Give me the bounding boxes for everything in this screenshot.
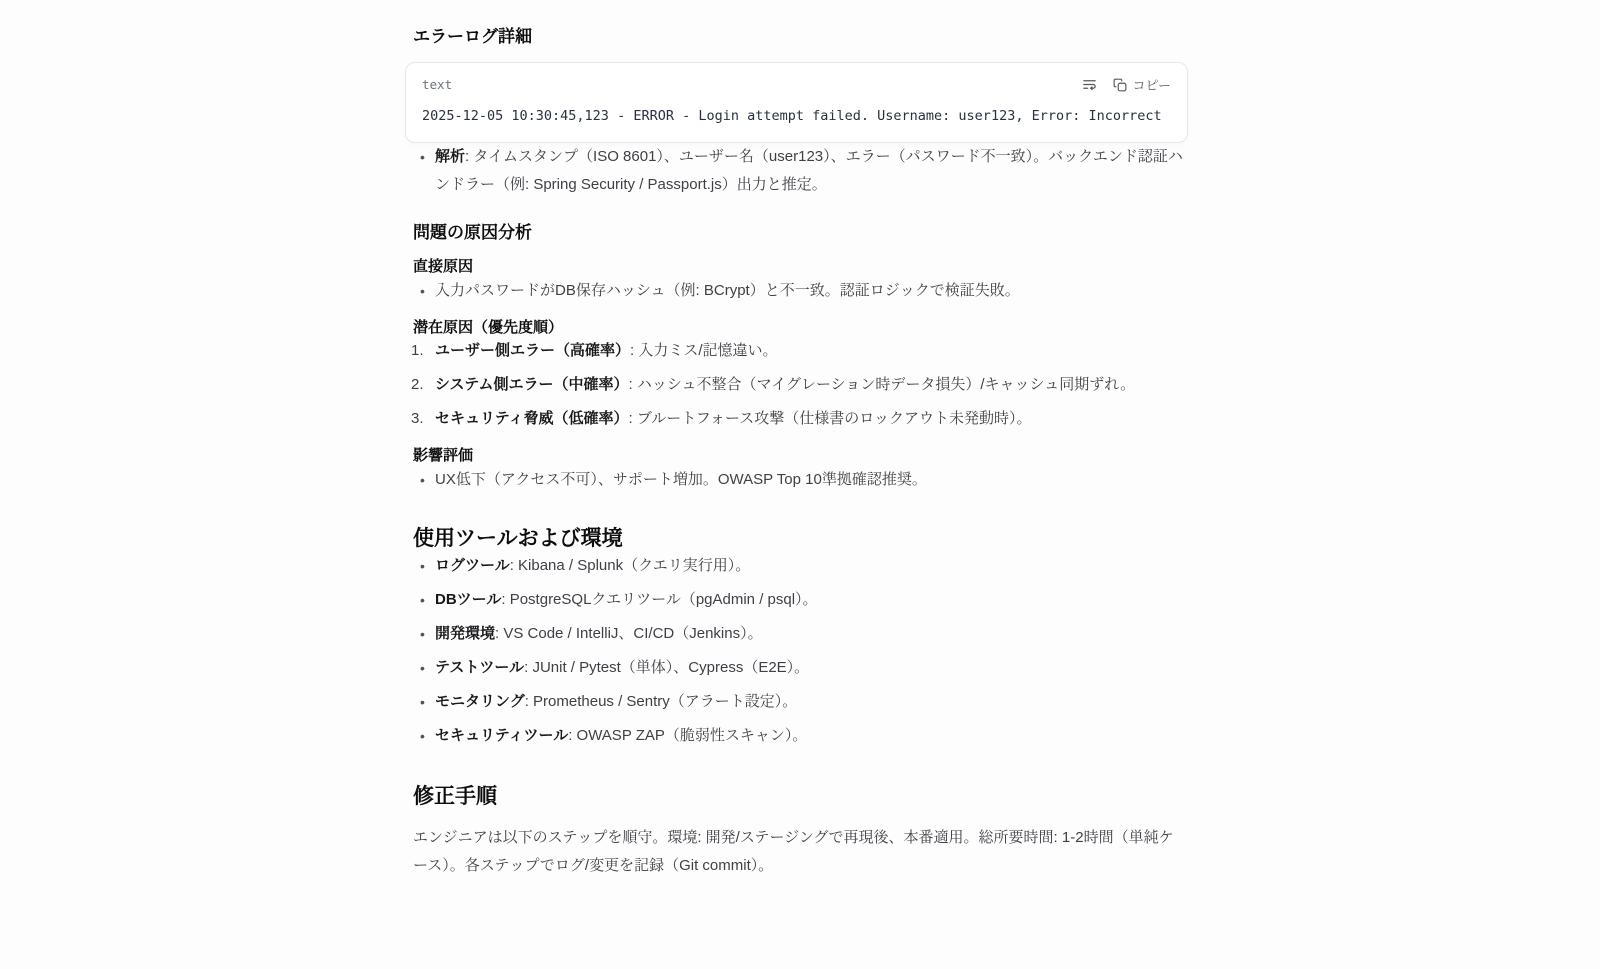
code-line: 2025-12-05 10:30:45,123 - ERROR - Login … xyxy=(422,109,1162,124)
copy-icon xyxy=(1113,78,1127,92)
code-language-label: text xyxy=(422,77,452,92)
list-item-analysis: 解析: タイムスタンプ（ISO 8601）、ユーザー名（user123）、エラー… xyxy=(435,143,1188,199)
fix-procedure-intro: エンジニアは以下のステップを順守。環境: 開発/ステージングで再現後、本番適用。… xyxy=(413,824,1188,880)
list-item-text: : Prometheus / Sentry（アラート設定）。 xyxy=(525,693,798,710)
section-title-cause-analysis: 問題の原因分析 xyxy=(413,222,1188,244)
list-item-text: : VS Code / IntelliJ、CI/CD（Jenkins）。 xyxy=(495,625,763,642)
impact-list: UX低下（アクセス不可）、サポート増加。OWASP Top 10準拠確認推奨。 xyxy=(405,466,1188,494)
subheading-impact-assessment: 影響評価 xyxy=(413,446,1188,466)
analysis-list: 解析: タイムスタンプ（ISO 8601）、ユーザー名（user123）、エラー… xyxy=(405,143,1188,199)
list-item-text: : PostgreSQLクエリツール（pgAdmin / psql）。 xyxy=(501,591,817,608)
list-item-text: : JUnit / Pytest（単体）、Cypress（E2E）。 xyxy=(524,659,809,676)
list-item-user-error: ユーザー側エラー（高確率）: 入力ミス/記憶違い。 xyxy=(435,337,1188,365)
term-bold: セキュリティツール xyxy=(435,727,568,744)
copy-button[interactable]: コピー xyxy=(1113,75,1171,94)
list-item-monitoring: モニタリング: Prometheus / Sentry（アラート設定）。 xyxy=(435,688,1188,716)
direct-cause-list: 入力パスワードがDB保存ハッシュ（例: BCrypt）と不一致。認証ロジックで検… xyxy=(405,277,1188,305)
tools-list: ログツール: Kibana / Splunk（クエリ実行用）。 DBツール: P… xyxy=(405,552,1188,750)
copy-button-label: コピー xyxy=(1133,75,1171,94)
section-title-error-log-detail: エラーログ詳細 xyxy=(413,26,1188,48)
term-bold: ログツール xyxy=(435,557,510,574)
list-item-direct-cause: 入力パスワードがDB保存ハッシュ（例: BCrypt）と不一致。認証ロジックで検… xyxy=(435,277,1188,305)
list-item-text: : Kibana / Splunk（クエリ実行用）。 xyxy=(510,557,751,574)
list-item-system-error: システム側エラー（中確率）: ハッシュ不整合（マイグレーション時データ損失）/キ… xyxy=(435,371,1188,399)
list-item-text: 入力パスワードがDB保存ハッシュ（例: BCrypt）と不一致。認証ロジックで検… xyxy=(435,282,1020,299)
list-item-test-tool: テストツール: JUnit / Pytest（単体）、Cypress（E2E）。 xyxy=(435,654,1188,682)
wrap-text-button[interactable] xyxy=(1082,77,1097,92)
term-bold: セキュリティ脅威（低確率） xyxy=(435,410,629,427)
term-bold: モニタリング xyxy=(435,693,525,710)
code-content: 2025-12-05 10:30:45,123 - ERROR - Login … xyxy=(422,109,1171,124)
code-block: text コピー 2025-12-05 10:30:45,123 - ERROR… xyxy=(405,62,1188,143)
term-bold: システム側エラー（中確率） xyxy=(435,376,629,393)
list-item-log-tool: ログツール: Kibana / Splunk（クエリ実行用）。 xyxy=(435,552,1188,580)
term-bold: 解析 xyxy=(435,148,465,165)
list-item-text: : ハッシュ不整合（マイグレーション時データ損失）/キャッシュ同期ずれ。 xyxy=(629,376,1136,393)
list-item-text: : タイムスタンプ（ISO 8601）、ユーザー名（user123）、エラー（パ… xyxy=(435,148,1183,193)
term-bold: テストツール xyxy=(435,659,524,676)
term-bold: 開発環境 xyxy=(435,625,495,642)
list-item-db-tool: DBツール: PostgreSQLクエリツール（pgAdmin / psql）。 xyxy=(435,586,1188,614)
list-item-impact: UX低下（アクセス不可）、サポート増加。OWASP Top 10準拠確認推奨。 xyxy=(435,466,1188,494)
code-block-header: text コピー xyxy=(422,75,1171,94)
list-item-text: : 入力ミス/記憶違い。 xyxy=(630,342,778,359)
latent-cause-list: ユーザー側エラー（高確率）: 入力ミス/記憶違い。 システム側エラー（中確率）:… xyxy=(405,337,1188,433)
code-block-actions: コピー xyxy=(1082,75,1171,94)
markdown-response: エラーログ詳細 text コピー 2025-12-05 10:30:45,123… xyxy=(405,0,1188,880)
list-item-dev-env: 開発環境: VS Code / IntelliJ、CI/CD（Jenkins）。 xyxy=(435,620,1188,648)
list-item-text: : OWASP ZAP（脆弱性スキャン）。 xyxy=(568,727,807,744)
subheading-latent-causes: 潜在原因（優先度順） xyxy=(413,318,1188,338)
section-title-tools-environment: 使用ツールおよび環境 xyxy=(413,525,1188,552)
list-item-text: UX低下（アクセス不可）、サポート増加。OWASP Top 10準拠確認推奨。 xyxy=(435,471,927,488)
list-item-security-threat: セキュリティ脅威（低確率）: ブルートフォース攻撃（仕様書のロックアウト未発動時… xyxy=(435,405,1188,433)
subheading-direct-cause: 直接原因 xyxy=(413,257,1188,277)
section-title-fix-procedure: 修正手順 xyxy=(413,783,1188,810)
list-item-text: : ブルートフォース攻撃（仕様書のロックアウト未発動時）。 xyxy=(629,410,1032,427)
term-bold: DBツール xyxy=(435,591,501,608)
term-bold: ユーザー側エラー（高確率） xyxy=(435,342,630,359)
wrap-text-icon xyxy=(1082,77,1097,92)
list-item-security-tool: セキュリティツール: OWASP ZAP（脆弱性スキャン）。 xyxy=(435,722,1188,750)
